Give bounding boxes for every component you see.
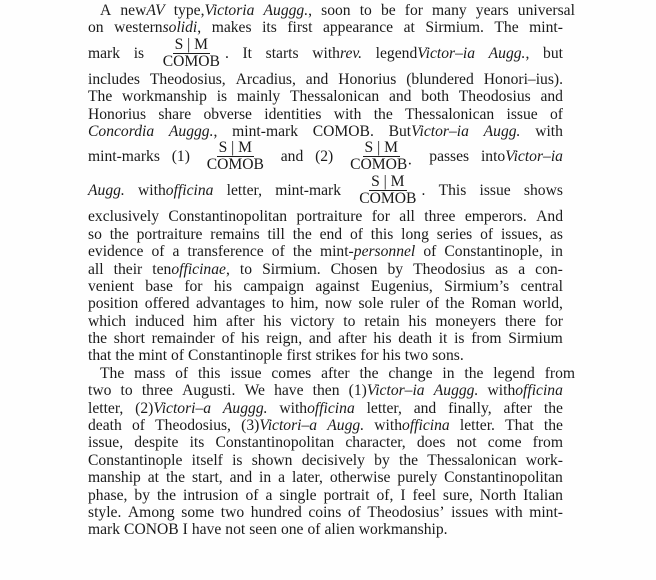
word: of: [245, 487, 258, 504]
word: Theodosius: [459, 88, 531, 105]
word-unit: by: [388, 261, 404, 278]
word-unit: That: [505, 417, 534, 434]
word-unit: Constantinopolitan: [168, 208, 287, 225]
document-page: AnewAVtype,VictoriaAuggg.,soontobeforman…: [88, 2, 563, 539]
italic-word: officina: [166, 182, 214, 199]
text-line: theshortremainderofhisreign,andafterhisd…: [88, 330, 563, 347]
word-unit: not: [457, 434, 477, 451]
word-unit: strikes: [316, 347, 357, 364]
word: with: [535, 123, 563, 140]
word-unit: its: [262, 19, 277, 36]
word-unit: and: [389, 88, 412, 105]
word-unit: and: [309, 330, 332, 347]
word: feel: [413, 487, 436, 504]
word-unit: with: [334, 106, 362, 123]
word: mint-: [529, 504, 563, 521]
word: first: [287, 19, 312, 36]
word: central: [521, 278, 563, 295]
word-unit: legendVictor–ia: [376, 37, 475, 71]
word: letter,: [367, 400, 402, 417]
word: Constantinopolitan: [444, 469, 563, 486]
word: a: [173, 243, 180, 260]
word: there: [505, 313, 536, 330]
word: campaign: [243, 278, 304, 295]
word: his: [263, 313, 281, 330]
word: Honorius: [88, 106, 146, 123]
word: its: [262, 19, 277, 36]
word-unit: after: [226, 313, 255, 330]
word-unit: Thessalonican: [290, 88, 379, 105]
word-unit: a: [278, 469, 285, 486]
word-unit: tenofficinae,: [152, 261, 230, 278]
word-unit: Sirmium: [508, 330, 563, 347]
text-line: thatthemintofConstantinoplefirststrikesf…: [88, 347, 563, 364]
italic-word: solidi: [163, 19, 198, 36]
word: workmanship.: [359, 521, 448, 538]
word: retain: [364, 313, 400, 330]
word-unit: moneyers: [435, 313, 496, 330]
word: style.: [88, 504, 121, 521]
word-unit: the: [374, 106, 393, 123]
word-unit: is: [134, 37, 144, 71]
word-unit: COMOB.: [313, 123, 374, 140]
word-unit: his: [383, 347, 401, 364]
word: that: [88, 347, 111, 364]
word-unit: campaign: [243, 278, 304, 295]
word: of,: [376, 487, 393, 504]
word: three: [142, 382, 173, 399]
word-unit: his: [263, 313, 281, 330]
word: and: [230, 469, 253, 486]
word-unit: decisively: [302, 452, 365, 469]
word: be: [381, 2, 396, 19]
word: world,: [523, 295, 563, 312]
word-unit: feel: [413, 487, 436, 504]
word: mint-mark: [232, 123, 298, 140]
word-unit: finally,: [448, 400, 492, 417]
word: for: [545, 313, 563, 330]
word-unit: phase,: [88, 487, 127, 504]
word: into: [481, 148, 505, 165]
word: COMOB.: [313, 123, 374, 140]
word: three: [424, 208, 455, 225]
word: his: [408, 313, 426, 330]
word: letter.: [460, 417, 495, 434]
word-unit: him,: [290, 295, 318, 312]
word-unit: this: [371, 226, 394, 243]
word: mint-mark: [275, 182, 341, 199]
word: not: [457, 434, 477, 451]
word: after: [503, 400, 532, 417]
word-unit: later,: [292, 469, 323, 486]
word-unit: issues: [451, 504, 488, 521]
word-unit: of: [222, 330, 235, 347]
word-unit: legend: [493, 365, 535, 382]
word: Augusti.: [182, 382, 235, 399]
word-unit: intoVictor–ia: [481, 140, 563, 174]
word: The: [88, 88, 112, 105]
word-unit: years: [476, 2, 509, 19]
word-unit: not: [225, 521, 245, 538]
word-unit: share: [158, 106, 191, 123]
word: is: [454, 330, 464, 347]
word-unit: its: [190, 434, 205, 451]
word-unit: obverse: [203, 106, 252, 123]
word-unit: till: [268, 226, 285, 243]
word: in: [259, 469, 271, 486]
word: death: [398, 330, 432, 347]
word: (2): [315, 148, 333, 165]
word: of: [151, 243, 164, 260]
word-unit: and: [230, 469, 253, 486]
word: moneyers: [435, 313, 496, 330]
word-unit: the: [359, 365, 378, 382]
word: a: [518, 261, 525, 278]
fraction-numerator: S | M: [363, 140, 400, 157]
word: obverse: [203, 106, 252, 123]
word-unit: start,: [192, 469, 223, 486]
word: of: [171, 347, 184, 364]
word: ,: [308, 2, 312, 19]
word-unit: at: [148, 469, 159, 486]
italic-word: officina: [515, 382, 563, 399]
word-unit: transference: [188, 243, 264, 260]
word: legend: [493, 365, 535, 382]
word-unit: remains: [210, 226, 259, 243]
word: start,: [192, 469, 223, 486]
word: (2): [135, 400, 153, 417]
word-unit: change: [388, 365, 432, 382]
word-unit: to: [240, 261, 252, 278]
word: with: [312, 45, 340, 62]
word-unit: some: [181, 504, 214, 521]
word-unit: Auggg.,: [264, 2, 313, 19]
word: a: [278, 469, 285, 486]
word: remains: [210, 226, 259, 243]
word-unit: withofficina: [279, 400, 354, 417]
word-unit: the: [399, 452, 418, 469]
word-unit: manship: [88, 469, 141, 486]
word: work-: [526, 452, 563, 469]
word-unit: The: [100, 365, 124, 382]
word: does: [417, 434, 446, 451]
word-unit: him: [193, 313, 217, 330]
word-unit: Arcadius,: [236, 71, 296, 88]
word: mint-: [320, 243, 354, 260]
word: with: [374, 417, 402, 434]
word: despite: [134, 434, 178, 451]
text-line: Themassofthisissuecomesafterthechangeint…: [88, 365, 563, 382]
word-unit: withofficina: [374, 417, 449, 434]
word-unit: of: [175, 365, 188, 382]
word: which: [88, 313, 126, 330]
word-unit: sure,: [443, 487, 473, 504]
word-unit: for: [360, 347, 378, 364]
italic-word: Victori–a: [153, 400, 211, 417]
word: some: [181, 504, 214, 521]
word-unit: a: [518, 261, 525, 278]
word: purely: [397, 469, 437, 486]
word-unit: the: [293, 226, 312, 243]
word-unit: end: [320, 226, 343, 243]
word: the: [544, 417, 563, 434]
fraction-denominator: COMOB: [161, 54, 222, 70]
word: Arcadius,: [236, 71, 296, 88]
word: base: [145, 278, 173, 295]
word-unit: the: [544, 417, 563, 434]
word: come: [488, 434, 522, 451]
word-unit: Constantinopolitan: [215, 434, 334, 451]
word-unit: in: [442, 365, 454, 382]
word-unit: then: [313, 382, 340, 399]
word: ruler: [390, 295, 419, 312]
word: of: [175, 365, 188, 382]
word: Thessalonican: [427, 452, 516, 469]
text-line: AnewAVtype,VictoriaAuggg.,soontobeforman…: [88, 2, 563, 19]
word-unit: a: [265, 487, 272, 504]
text-line: alltheirtenofficinae,toSirmium.ChosenbyT…: [88, 261, 563, 278]
text-line: twotothreeAugusti.Wehavethen(1)Victor–ia…: [88, 382, 563, 399]
word: issue: [506, 106, 537, 123]
word: (3): [241, 417, 259, 434]
word: Italian: [523, 487, 563, 504]
word-unit: mint-: [529, 19, 563, 36]
word: his: [214, 278, 232, 295]
word: the: [88, 330, 107, 347]
word-unit: the: [446, 295, 465, 312]
word: his: [373, 330, 391, 347]
word: the: [359, 365, 378, 382]
text-line: ConcordiaAuggg.,mint-markCOMOB.ButVictor…: [88, 123, 563, 140]
word-unit: a: [173, 243, 180, 260]
word: mark: [88, 521, 120, 538]
word-unit: his: [241, 330, 259, 347]
word-unit: Augg.: [484, 123, 521, 140]
word-unit: as: [550, 226, 563, 243]
word-unit: ruler: [390, 295, 419, 312]
word: universal: [518, 2, 575, 19]
word: the: [399, 452, 418, 469]
word: of: [426, 295, 439, 312]
word-unit: Theodosius: [413, 261, 485, 278]
word: mint-marks: [88, 148, 160, 165]
word: and: [281, 148, 304, 165]
word: of: [348, 504, 361, 521]
word-unit: (2)Victori–a: [135, 400, 211, 417]
word: advantages: [196, 295, 265, 312]
word-unit: portrait: [324, 487, 370, 504]
word-unit: three: [142, 382, 173, 399]
word: issues: [451, 504, 488, 521]
word-unit: have: [274, 382, 303, 399]
word-unit: mint: [138, 347, 167, 364]
word: manship: [88, 469, 141, 486]
word: makes: [212, 19, 252, 36]
fraction-denominator: COMOB: [205, 157, 266, 173]
word: letter,: [88, 400, 123, 417]
word-unit: which: [88, 313, 126, 330]
word-unit: Auggg.: [223, 400, 268, 417]
word: new: [120, 2, 146, 19]
word: issue: [480, 182, 511, 199]
word-unit: Auggg.,: [169, 123, 218, 140]
word-unit: many: [432, 2, 467, 19]
word: first: [286, 347, 311, 364]
word: later,: [292, 469, 323, 486]
italic-word: Concordia: [88, 123, 154, 140]
word-unit: mint-marks: [88, 140, 160, 174]
word-unit: Concordia: [88, 123, 154, 140]
word-unit: of: [307, 521, 320, 538]
word-unit: We: [245, 382, 265, 399]
word: is: [217, 88, 227, 105]
word: itself: [192, 452, 223, 469]
word: many: [432, 2, 467, 19]
word-unit: shows: [524, 174, 563, 208]
word: not: [225, 521, 245, 538]
word-unit: by: [374, 452, 390, 469]
word-unit: of: [272, 243, 285, 260]
word-unit: starts: [266, 37, 299, 71]
word-unit: Thessalonican: [427, 452, 516, 469]
text-line: phase,bytheintrusionofasingleportraitof,…: [88, 487, 563, 504]
word-unit: character,: [345, 434, 405, 451]
italic-word: Auggg.: [223, 400, 268, 417]
italic-word: personnel: [354, 243, 416, 260]
word: reign,: [266, 330, 302, 347]
word-unit: I: [400, 487, 405, 504]
italic-word: Victor–ia: [411, 123, 469, 140]
word-unit: newAV: [120, 2, 164, 19]
word: hundred: [251, 504, 302, 521]
word: series: [437, 226, 473, 243]
word-unit: against: [315, 278, 359, 295]
word: passes: [429, 148, 469, 165]
word-unit: advantages: [196, 295, 265, 312]
word: all: [399, 208, 415, 225]
word: emperors.: [465, 208, 527, 225]
mint-mark-fraction: S | MCOMOB: [161, 37, 222, 70]
word-unit: but: [543, 37, 563, 71]
word: ,: [226, 261, 230, 278]
italic-word: officina: [307, 400, 355, 417]
word: comes: [271, 365, 311, 382]
word-unit: for: [545, 313, 563, 330]
word: transference: [188, 243, 264, 260]
word: long: [401, 226, 429, 243]
word-unit: Sirmium.: [425, 19, 483, 36]
word: Thessalonican: [405, 106, 494, 123]
word-unit: withofficina: [488, 382, 563, 399]
word-unit: base: [145, 278, 173, 295]
word: Constantinople: [188, 347, 282, 364]
word-unit: first: [287, 19, 312, 36]
word-unit: and: [281, 140, 304, 174]
word-unit: all: [88, 261, 104, 278]
word-unit: the: [166, 469, 185, 486]
text-line: Augg.withofficinaletter,mint-markS | MCO…: [88, 174, 563, 208]
word: mint: [138, 347, 167, 364]
word-unit: for: [184, 278, 202, 295]
word: for: [360, 347, 378, 364]
word-unit: from: [533, 434, 563, 451]
word-unit: letter.: [460, 417, 495, 434]
word: CONOB: [124, 521, 179, 538]
word: It: [242, 45, 252, 62]
word-unit: Augg.: [327, 417, 364, 434]
word: of: [272, 243, 285, 260]
word: after: [226, 313, 255, 330]
word: the: [110, 226, 129, 243]
word-unit: issue: [506, 106, 537, 123]
word-unit: to: [343, 313, 355, 330]
word: change: [388, 365, 432, 382]
word-unit: portraiture: [297, 208, 363, 225]
word-unit: of: [550, 106, 563, 123]
word: the: [446, 295, 465, 312]
word-unit: Theodosius,: [150, 71, 226, 88]
word-unit: letter,: [367, 400, 402, 417]
word: A: [100, 2, 111, 19]
word-unit: venient: [88, 278, 134, 295]
word: Eugenius,: [371, 278, 433, 295]
word-unit: is: [232, 452, 242, 469]
word: the: [544, 400, 563, 417]
word: so: [88, 226, 102, 243]
word: of: [480, 226, 493, 243]
paragraph: Themassofthisissuecomesafterthechangeint…: [88, 365, 563, 539]
word-unit: the: [88, 330, 107, 347]
word-unit: Eugenius,: [371, 278, 433, 295]
word-unit: have: [192, 521, 221, 538]
word: includes: [88, 71, 140, 88]
word-unit: workmanship.: [359, 521, 448, 538]
word-unit: his: [214, 278, 232, 295]
word: death: [88, 417, 122, 434]
word-unit: their: [114, 261, 143, 278]
word: the: [115, 347, 134, 364]
word: Theodosius’: [367, 504, 444, 521]
word: and: [540, 88, 563, 105]
word: intrusion: [183, 487, 238, 504]
word-unit: his: [373, 330, 391, 347]
word-unit: (blundered: [406, 71, 474, 88]
word-unit: despite: [134, 434, 178, 451]
text-line: deathofTheodosius,(3)Victori–aAugg.witho…: [88, 417, 563, 434]
word: sure,: [443, 487, 473, 504]
word: I: [400, 487, 405, 504]
word: by: [374, 452, 390, 469]
word: I: [183, 521, 188, 538]
word: the: [374, 106, 393, 123]
word-unit: exclusively: [88, 208, 159, 225]
word-unit: Theodosius: [459, 88, 531, 105]
mint-mark-fraction: S | MCOMOB: [357, 174, 418, 207]
word-unit: issue: [230, 365, 261, 382]
word: him,: [290, 295, 318, 312]
italic-word: Victori–a: [259, 417, 317, 434]
word: of: [550, 106, 563, 123]
word: at: [148, 469, 159, 486]
word-unit: two: [405, 347, 428, 364]
word: now: [325, 295, 352, 312]
word-unit: The: [88, 88, 112, 105]
word-unit: portraiture: [137, 226, 203, 243]
word: Sirmium: [508, 330, 563, 347]
italic-word: Augg.: [88, 182, 125, 199]
word: sole: [358, 295, 383, 312]
text-line: letter,(2)Victori–aAuggg.withofficinalet…: [88, 400, 563, 417]
